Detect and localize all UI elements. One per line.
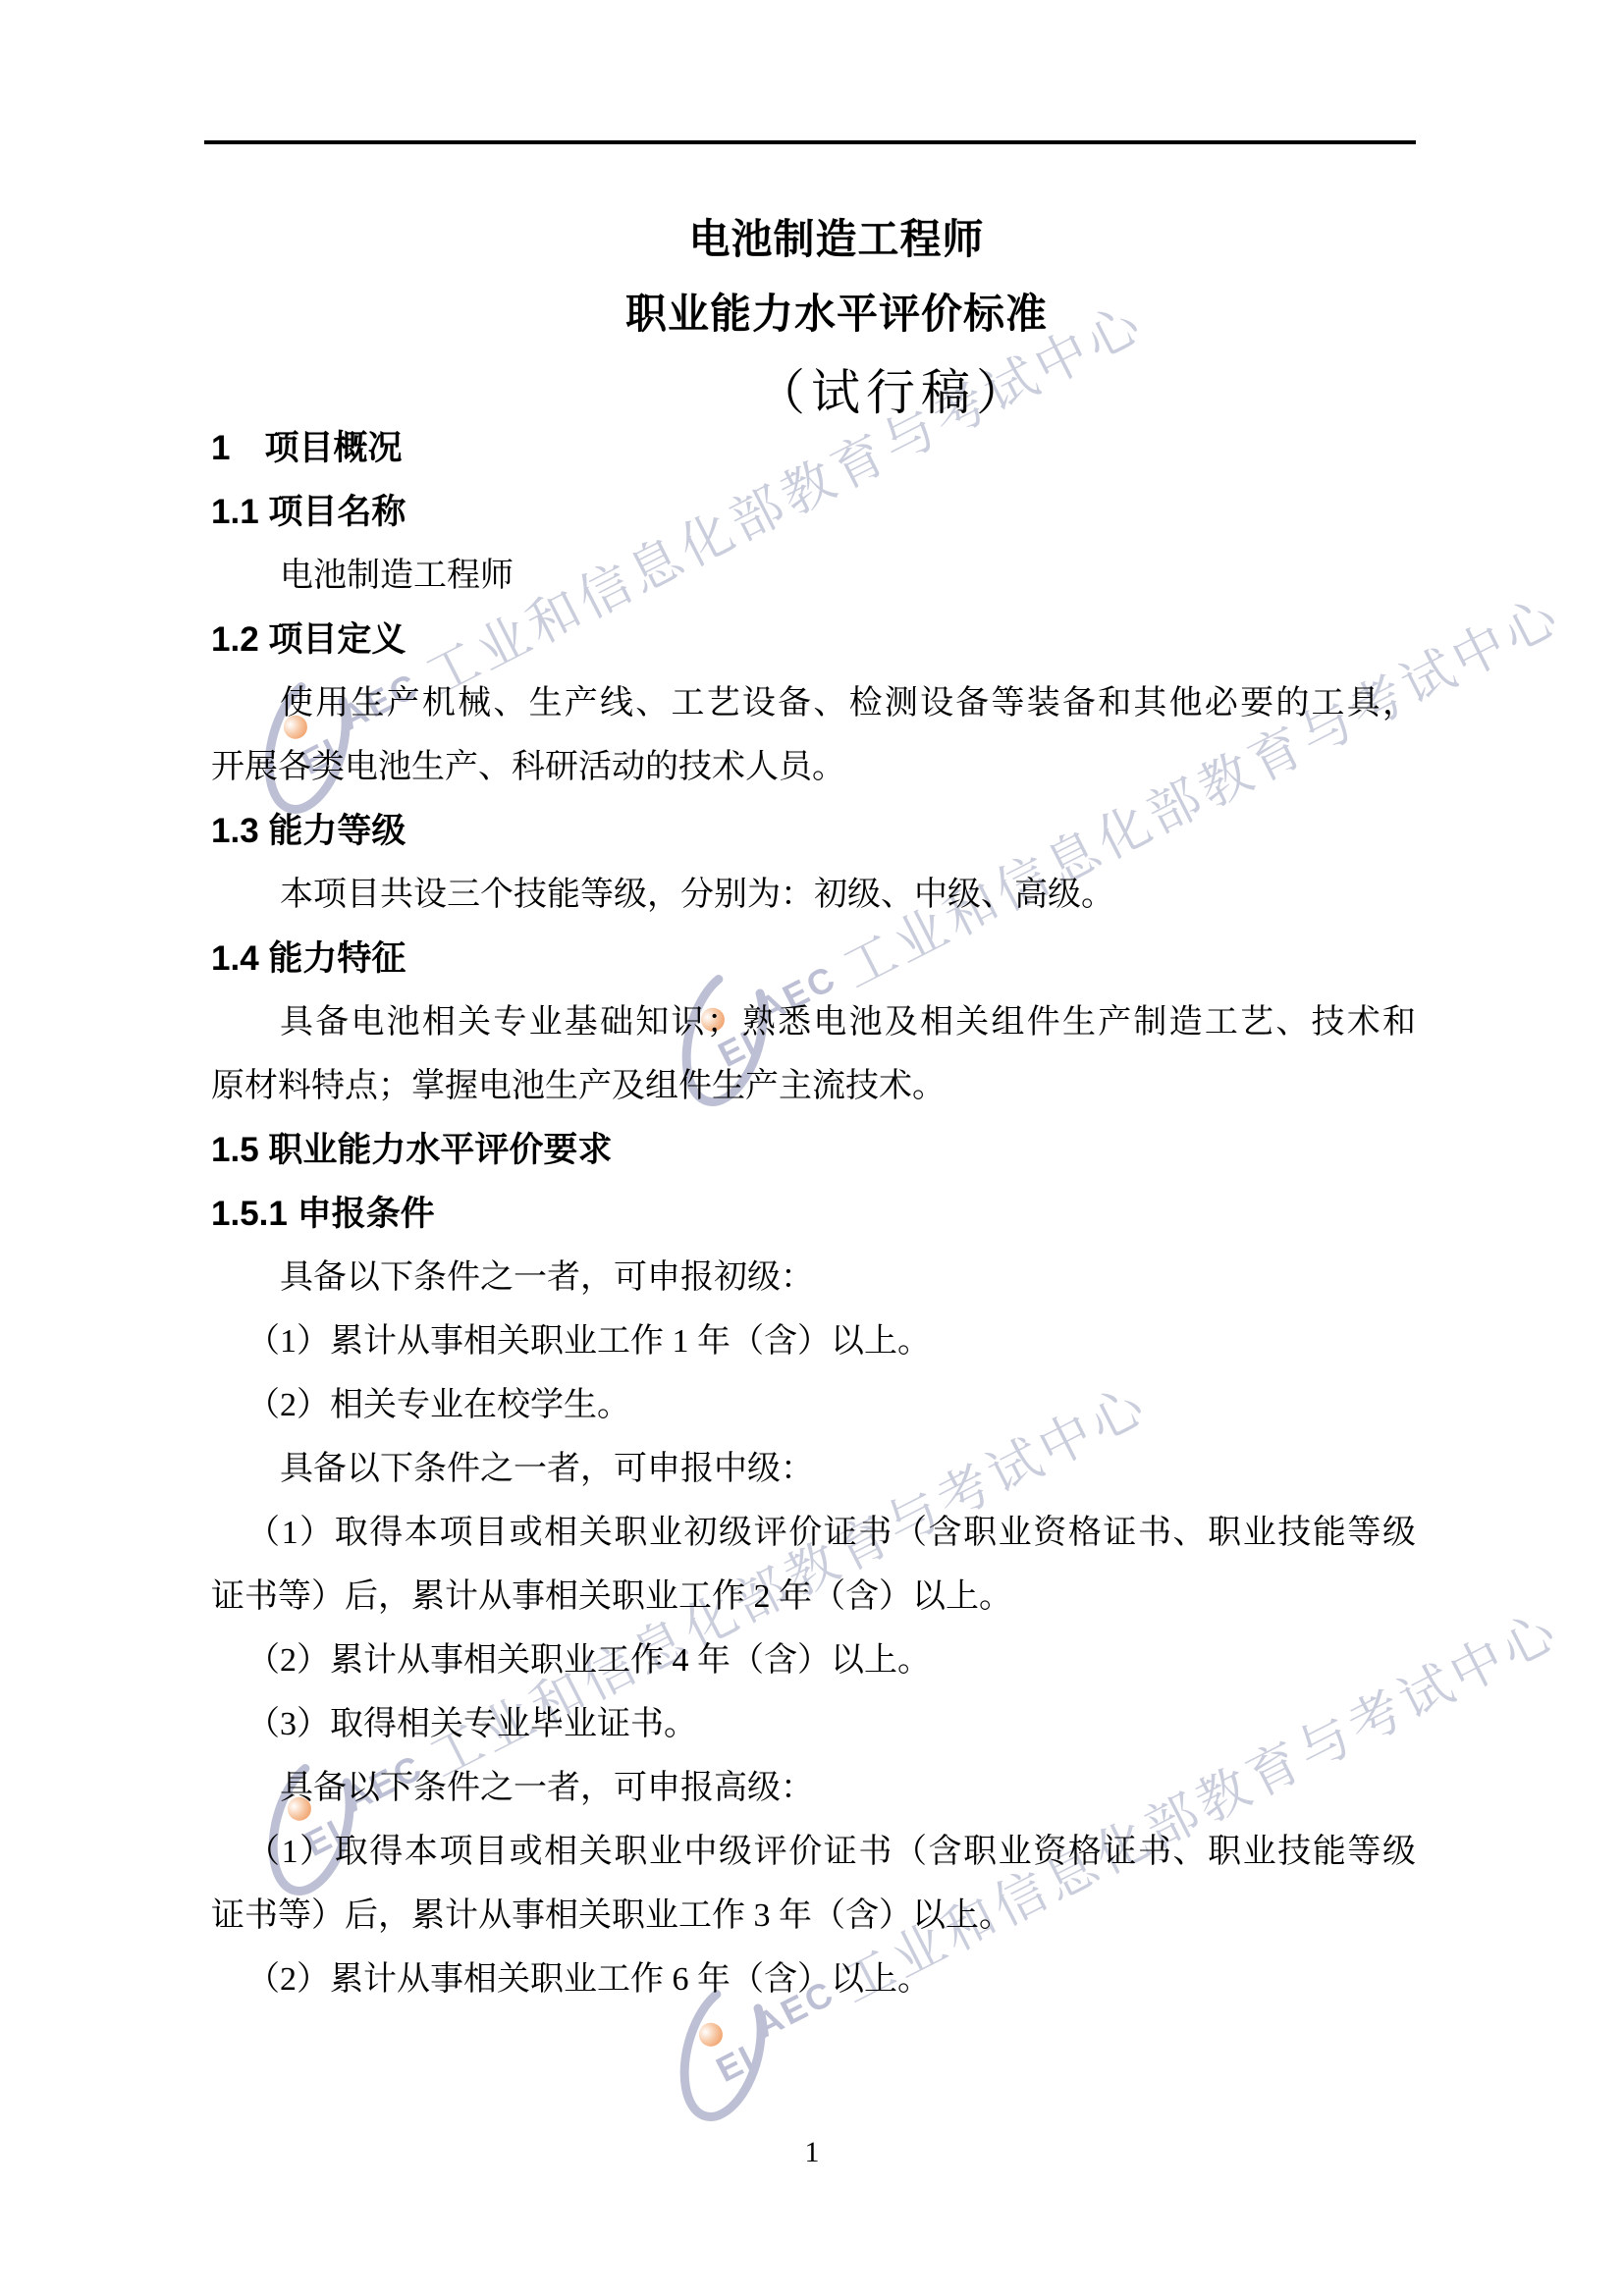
text-line: 证书等）后，累计从事相关职业工作 2 年（含）以上。 xyxy=(0,1565,1624,1629)
heading-line: 1.1 项目名称 xyxy=(0,480,1624,544)
text-line: 原材料特点；掌握电池生产及组件生产主流技术。 xyxy=(0,1054,1624,1118)
text-line: （1）累计从事相关职业工作 1 年（含）以上。 xyxy=(0,1309,1624,1373)
document-body: 1 项目概况1.1 项目名称电池制造工程师1.2 项目定义使用生产机械、生产线、… xyxy=(0,416,1624,2011)
text-line: 电池制造工程师 xyxy=(0,544,1624,608)
text-line: 具备以下条件之一者，可申报初级： xyxy=(0,1246,1624,1309)
header-rule xyxy=(204,140,1416,144)
text-line: 开展各类电池生产、科研活动的技术人员。 xyxy=(0,735,1624,799)
heading-line: 1.5.1 申报条件 xyxy=(0,1182,1624,1246)
logo-sphere-icon xyxy=(695,2019,727,2051)
document-subtitle: （试行稿） xyxy=(756,365,1031,420)
text-line: （3）取得相关专业毕业证书。 xyxy=(0,1692,1624,1756)
text-line: （1）取得本项目或相关职业中级评价证书（含职业资格证书、职业技能等级 xyxy=(0,1820,1624,1884)
document-title-line-1: 电池制造工程师 xyxy=(0,212,1624,267)
text-line: 具备电池相关专业基础知识；熟悉电池及相关组件生产制造工艺、技术和 xyxy=(0,990,1624,1054)
document-title-line-2: 职业能力水平评价标准 xyxy=(0,287,1624,342)
text-line: （2）累计从事相关职业工作 6 年（含）以上。 xyxy=(0,1948,1624,2011)
heading-line: 1 项目概况 xyxy=(0,416,1624,480)
heading-line: 1.5 职业能力水平评价要求 xyxy=(0,1118,1624,1182)
page-number: 1 xyxy=(0,2130,1624,2175)
text-line: 具备以下条件之一者，可申报高级： xyxy=(0,1756,1624,1820)
heading-line: 1.3 能力等级 xyxy=(0,799,1624,863)
heading-line: 1.4 能力特征 xyxy=(0,927,1624,990)
logo-inner-letters: EI xyxy=(710,2037,761,2090)
text-line: 本项目共设三个技能等级，分别为：初级、中级、高级。 xyxy=(0,863,1624,927)
heading-line: 1.2 项目定义 xyxy=(0,608,1624,671)
text-line: （2）相关专业在校学生。 xyxy=(0,1373,1624,1437)
text-line: 使用生产机械、生产线、工艺设备、检测设备等装备和其他必要的工具， xyxy=(0,671,1624,735)
text-line: 具备以下条件之一者，可申报中级： xyxy=(0,1437,1624,1501)
text-line: （1）取得本项目或相关职业初级评价证书（含职业资格证书、职业技能等级 xyxy=(0,1501,1624,1565)
text-line: （2）累计从事相关职业工作 4 年（含）以上。 xyxy=(0,1629,1624,1692)
text-line: 证书等）后，累计从事相关职业工作 3 年（含）以上。 xyxy=(0,1884,1624,1948)
document-page: 电池制造工程师 职业能力水平评价标准 （试行稿） 1 项目概况1.1 项目名称电… xyxy=(0,0,1624,2296)
